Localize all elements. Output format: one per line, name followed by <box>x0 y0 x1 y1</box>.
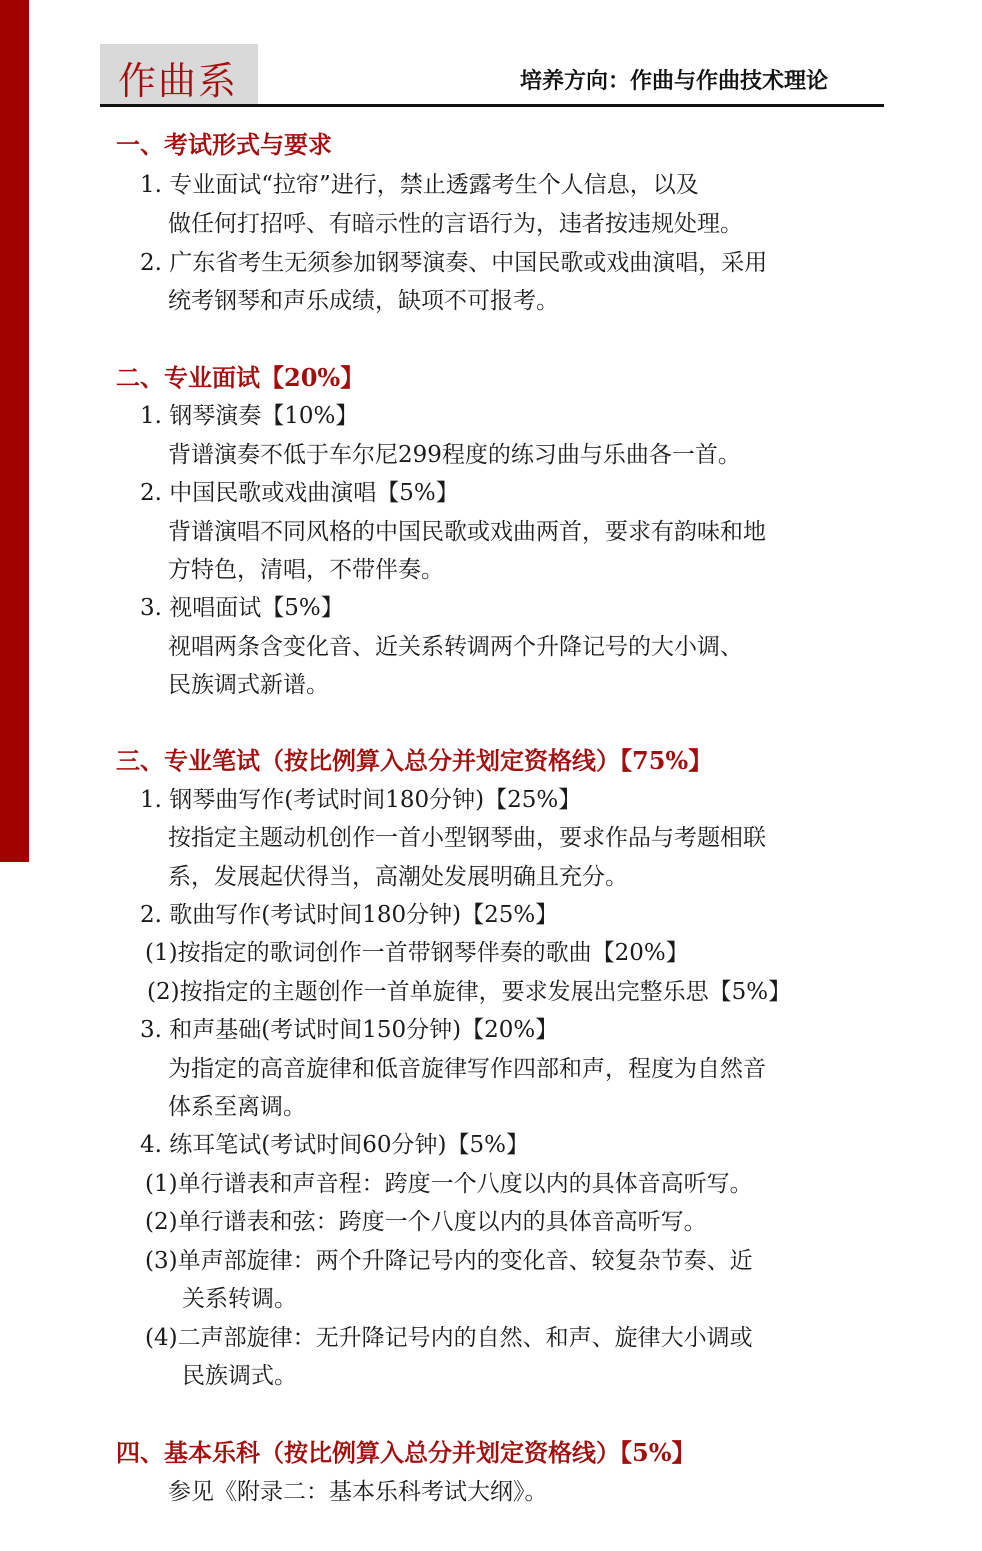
section-line: 关系转调。 <box>182 1284 297 1314</box>
section-line: (2)按指定的主题创作一首单旋律，要求发展出完整乐思【5%】 <box>147 977 791 1007</box>
section-line: 做任何打招呼、有暗示性的言语行为，违者按违规处理。 <box>168 209 743 239</box>
section-heading-written-exam: 三、专业笔试（按比例算入总分并划定资格线）【75%】 <box>116 746 712 776</box>
section-line: 2. 中国民歌或戏曲演唱【5%】 <box>140 478 459 508</box>
section-line: 1. 钢琴曲写作(考试时间180分钟)【25%】 <box>140 785 581 815</box>
section-line: (2)单行谱表和弦：跨度一个八度以内的具体音高听写。 <box>145 1207 707 1237</box>
section-line: 1. 钢琴演奏【10%】 <box>140 401 358 431</box>
section-line: 4. 练耳笔试(考试时间60分钟)【5%】 <box>140 1130 529 1160</box>
section-line: 系，发展起伏得当，高潮处发展明确且充分。 <box>168 862 628 892</box>
section-line: 1. 专业面试“拉帘”进行，禁止透露考生个人信息，以及 <box>140 170 699 200</box>
section-line: 体系至离调。 <box>168 1092 306 1122</box>
section-line: 参见《附录二：基本乐科考试大纲》。 <box>168 1477 548 1507</box>
section-line: 方特色，清唱，不带伴奏。 <box>168 555 444 585</box>
section-line: 3. 和声基础(考试时间150分钟)【20%】 <box>140 1015 558 1045</box>
section-line: 背谱演唱不同风格的中国民歌或戏曲两首，要求有韵味和地 <box>168 517 766 547</box>
section-line: (3)单声部旋律：两个升降记号内的变化音、较复杂节奏、近 <box>145 1246 753 1276</box>
header-divider <box>100 104 884 107</box>
section-heading-interview: 二、专业面试【20%】 <box>116 363 364 393</box>
section-line: 民族调式新谱。 <box>168 670 329 700</box>
section-line: 视唱两条含变化音、近关系转调两个升降记号的大小调、 <box>168 632 743 662</box>
section-line: 为指定的高音旋律和低音旋律写作四部和声，程度为自然音 <box>168 1054 766 1084</box>
section-heading-exam-format: 一、考试形式与要求 <box>116 130 332 160</box>
section-line: 按指定主题动机创作一首小型钢琴曲，要求作品与考题相联 <box>168 823 766 853</box>
section-line: (1)按指定的歌词创作一首带钢琴伴奏的歌曲【20%】 <box>145 938 689 968</box>
department-title: 作曲系 <box>118 50 238 105</box>
accent-side-bar <box>0 0 29 862</box>
section-line: 2. 广东省考生无须参加钢琴演奏、中国民歌或戏曲演唱，采用 <box>140 248 767 278</box>
section-line: (4)二声部旋律：无升降记号内的自然、和声、旋律大小调或 <box>145 1323 753 1353</box>
section-line: 统考钢琴和声乐成绩，缺项不可报考。 <box>168 286 559 316</box>
section-heading-basic-music: 四、基本乐科（按比例算入总分并划定资格线）【5%】 <box>116 1438 696 1468</box>
section-line: 背谱演奏不低于车尔尼299程度的练习曲与乐曲各一首。 <box>168 440 741 470</box>
section-line: 2. 歌曲写作(考试时间180分钟)【25%】 <box>140 900 558 930</box>
section-line: 3. 视唱面试【5%】 <box>140 593 344 623</box>
training-direction: 培养方向：作曲与作曲技术理论 <box>520 64 828 95</box>
section-line: 民族调式。 <box>182 1361 297 1391</box>
section-line: (1)单行谱表和声音程：跨度一个八度以内的具体音高听写。 <box>145 1169 753 1199</box>
